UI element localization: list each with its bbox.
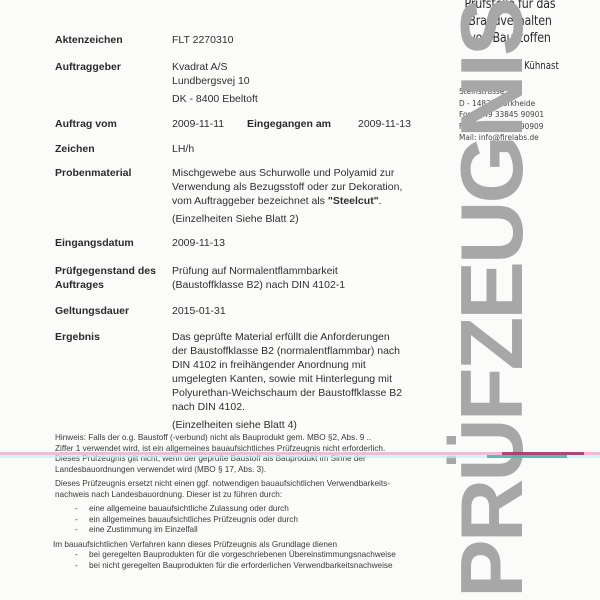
note-line: nachweis nach Landesbauordnung. Dieser i…: [55, 490, 282, 499]
received-value: 2009-11-13: [358, 117, 438, 131]
field-value: 2015-01-31: [172, 304, 442, 318]
value-line: (Baustoffklasse B2) nach DIN 4102-1: [172, 278, 442, 292]
vertical-title: PRÜFZEUGNIS: [452, 148, 532, 598]
field-label: Auftrag vom: [55, 117, 170, 131]
value-line: Prüfung auf Normalentflammbarkeit: [172, 264, 442, 278]
field-value: LH/h: [172, 142, 442, 156]
field-label: Geltungsdauer: [55, 304, 170, 318]
result-line: Polyurethan-Weichschaum der Baustoffklas…: [172, 386, 442, 400]
field-label: Ergebnis: [55, 330, 170, 344]
field-label: Auftraggeber: [55, 60, 170, 74]
note-line: Hinweis: Falls der o.g. Baustoff (-verbu…: [55, 433, 371, 442]
material-text: vom Auftraggeber bezeichnet als: [172, 195, 328, 207]
scan-artifact: [487, 455, 567, 458]
list-item: eine Zustimmung im Einzelfall: [55, 525, 455, 536]
result-line: umgelegten Kanten, sowie mit Hinterlegun…: [172, 372, 442, 386]
note-line: Landesbauordnungen verwendet wird (MBO §…: [55, 465, 266, 474]
field-label: Prüfgegenstand des Auftrages: [55, 264, 170, 292]
list-item: eine allgemeine bauaufsichtliche Zulassu…: [55, 504, 455, 515]
material-line: Verwendung als Bezugsstoff oder zur Deko…: [172, 180, 442, 194]
result-details: (Einzelheiten siehe Blatt 4): [172, 418, 442, 432]
ersetzt-list: eine allgemeine bauaufsichtliche Zulassu…: [55, 504, 455, 536]
list-item: bei geregelten Bauprodukten für die vorg…: [55, 550, 455, 561]
result-line: Das geprüfte Material erfüllt die Anford…: [172, 330, 442, 344]
field-value: Das geprüfte Material erfüllt die Anford…: [172, 330, 442, 432]
note-line: Dieses Prüfzeugnis ersetzt nicht einen g…: [55, 479, 390, 488]
product-name: "Steelcut": [328, 195, 379, 207]
result-line: nach DIN 4102.: [172, 400, 442, 414]
field-label: Probenmaterial: [55, 166, 170, 180]
result-line: DIN 4102 in freihängender Anordnung mit: [172, 358, 442, 372]
client-city: DK - 8400 Ebeltoft: [172, 92, 442, 106]
client-street: Lundbergsvej 10: [172, 74, 442, 88]
received-label: Eingegangen am: [247, 117, 362, 131]
label-line: Prüfgegenstand des: [55, 264, 170, 278]
list-item: ein allgemeines bauaufsichtliches Prüfze…: [55, 515, 455, 526]
result-line: der Baustoffklasse B2 (normalentflammbar…: [172, 344, 442, 358]
certificate-page: Prüfstelle für das Brandverhalten von Ba…: [0, 0, 600, 600]
list-item: bei nicht geregelten Bauprodukten für di…: [55, 561, 455, 572]
ersetzt-paragraph: Dieses Prüfzeugnis ersetzt nicht einen g…: [55, 479, 455, 500]
field-value: Kvadrat A/S Lundbergsvej 10 DK - 8400 Eb…: [172, 60, 442, 106]
grundlage-lead: Im bauaufsichtlichen Verfahren kann dies…: [53, 540, 455, 551]
field-label: Eingangsdatum: [55, 236, 170, 250]
field-value: Prüfung auf Normalentflammbarkeit (Baust…: [172, 264, 442, 292]
material-details: (Einzelheiten Siehe Blatt 2): [172, 212, 442, 226]
client-name: Kvadrat A/S: [172, 60, 442, 74]
field-value: Mischgewebe aus Schurwolle und Polyamid …: [172, 166, 442, 226]
grundlage-list: bei geregelten Bauprodukten für die vorg…: [55, 550, 455, 571]
field-label: Zeichen: [55, 142, 170, 156]
field-value: FLT 2270310: [172, 33, 442, 47]
material-line: Mischgewebe aus Schurwolle und Polyamid …: [172, 166, 442, 180]
label-line: Auftrages: [55, 278, 170, 292]
material-line: vom Auftraggeber bezeichnet als "Steelcu…: [172, 194, 442, 208]
field-label: Aktenzeichen: [55, 33, 170, 47]
field-value: 2009-11-13: [172, 236, 442, 250]
material-text-end: .: [379, 195, 382, 207]
